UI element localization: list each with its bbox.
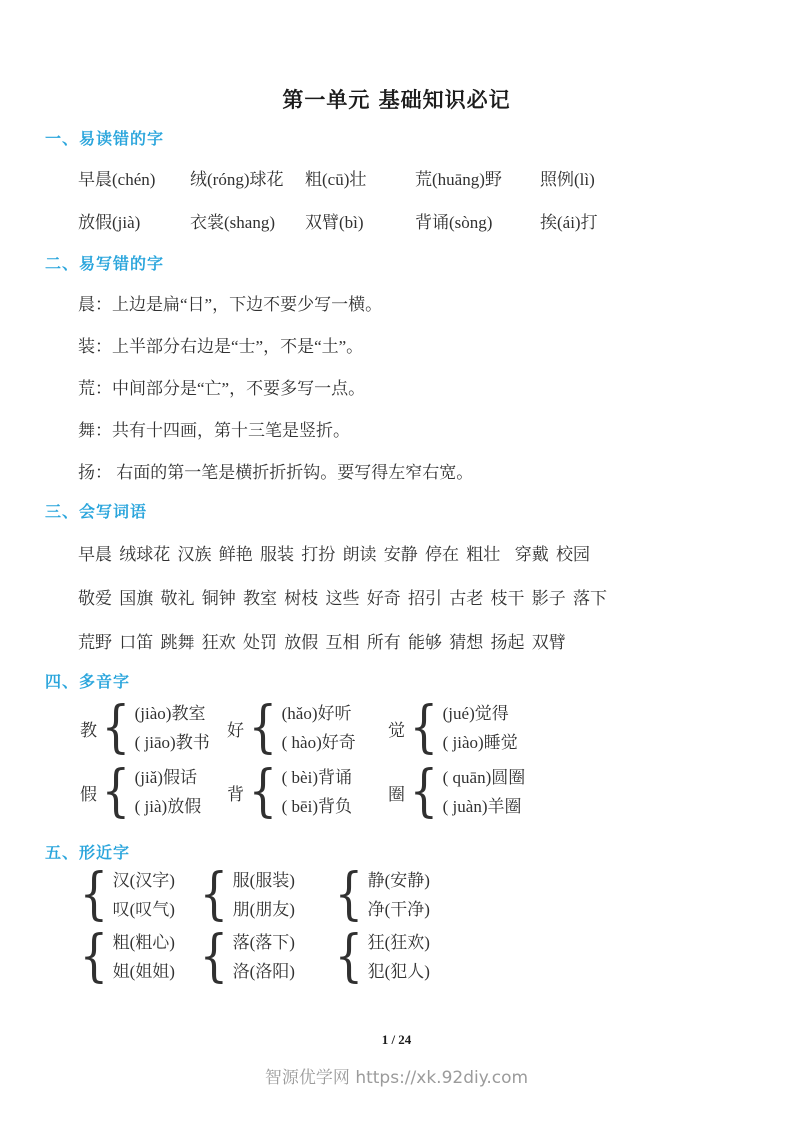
brace-icon: { xyxy=(102,700,131,756)
base-char: 假 xyxy=(80,780,97,805)
brace-icon: { xyxy=(249,700,278,756)
similar-row: { 粗(粗心) 姐(姐姐) { 落(落下) 洛(洛阳) { 狂(狂欢) 犯(犯人… xyxy=(75,928,430,986)
note-line: 装：上半部分右边是“士”，不是“土”。 xyxy=(78,334,473,359)
polyphone-row: 教 { (jiào)教室 ( jiāo)教书 好 { (hǎo)好听 ( hào… xyxy=(80,698,525,758)
brace-icon: { xyxy=(80,929,109,985)
word-line: 荒野 口笛 跳舞 狂欢 处罚 放假 互相 所有 能够 猜想 扬起 双臂 xyxy=(78,630,607,656)
similar-top: 静(安静) xyxy=(368,866,430,895)
pinyin-bottom: ( bēi)背负 xyxy=(282,792,352,821)
word-item: 早晨(chén) xyxy=(78,167,190,193)
brace-icon: { xyxy=(335,867,364,923)
similar-char-list: { 汉(汉字) 叹(叹气) { 服(服装) 朋(朋友) { 静(安静) 净(干净… xyxy=(75,866,430,990)
polyphone-entry: 教 { (jiào)教室 ( jiāo)教书 xyxy=(80,698,227,758)
similar-top: 狂(狂欢) xyxy=(368,928,430,957)
base-char: 背 xyxy=(227,780,244,805)
pinyin-top: (jué)觉得 xyxy=(443,699,518,728)
brace-icon: { xyxy=(200,867,229,923)
pinyin-top: (hǎo)好听 xyxy=(282,699,356,728)
pinyin-bottom: ( jiāo)教书 xyxy=(135,728,210,757)
similar-bottom: 朋(朋友) xyxy=(233,895,295,924)
pinyin-bottom: ( hào)好奇 xyxy=(282,728,356,757)
brace-icon: { xyxy=(80,867,109,923)
pinyin-top: (jiǎ)假话 xyxy=(135,763,202,792)
page-number: 1 / 24 xyxy=(0,1032,793,1048)
word-item: 粗(cū)壮 xyxy=(305,167,415,193)
pinyin-bottom: ( jià)放假 xyxy=(135,792,202,821)
brace-icon: { xyxy=(200,929,229,985)
misread-word-list: 早晨(chén) 绒(róng)球花 粗(cū)壮 荒(huāng)野 照例(l… xyxy=(78,167,598,253)
word-line: 早晨 绒球花 汉族 鲜艳 服装 打扮 朗读 安静 停在 粗壮 穿戴 校园 xyxy=(78,542,607,568)
section-heading-misread: 一、易读错的字 xyxy=(45,126,164,149)
word-item: 绒(róng)球花 xyxy=(190,167,305,193)
pinyin-top: ( quān)圆圈 xyxy=(443,763,526,792)
section-heading-miswrite: 二、易写错的字 xyxy=(45,251,164,274)
polyphone-row: 假 { (jiǎ)假话 ( jià)放假 背 { ( bèi)背诵 ( bēi)… xyxy=(80,762,525,822)
pinyin-top: ( bèi)背诵 xyxy=(282,763,352,792)
similar-bottom: 叹(叹气) xyxy=(113,895,175,924)
word-item: 荒(huāng)野 xyxy=(415,167,540,193)
similar-bottom: 净(干净) xyxy=(368,895,430,924)
polyphone-entry: 假 { (jiǎ)假话 ( jià)放假 xyxy=(80,762,227,822)
brace-icon: { xyxy=(410,700,439,756)
brace-icon: { xyxy=(410,764,439,820)
document-page: 第一单元 基础知识必记 一、易读错的字 早晨(chén) 绒(róng)球花 粗… xyxy=(0,0,793,1122)
polyphone-entry: 好 { (hǎo)好听 ( hào)好奇 xyxy=(227,698,388,758)
note-line: 扬： 右面的第一笔是横折折折钩。要写得左窄右宽。 xyxy=(78,460,473,485)
section-heading-similar: 五、形近字 xyxy=(45,840,130,863)
similar-bottom: 犯(犯人) xyxy=(368,957,430,986)
misread-row: 早晨(chén) 绒(róng)球花 粗(cū)壮 荒(huāng)野 照例(l… xyxy=(78,167,598,193)
note-line: 晨：上边是扁“日”，下边不要少写一横。 xyxy=(78,292,473,317)
similar-entry: { 粗(粗心) 姐(姐姐) xyxy=(75,928,195,986)
polyphone-entry: 圈 { ( quān)圆圈 ( juàn)羊圈 xyxy=(388,762,525,822)
word-item: 衣裳(shang) xyxy=(190,210,305,236)
base-char: 好 xyxy=(227,716,244,741)
word-item: 挨(ái)打 xyxy=(540,210,598,236)
pinyin-bottom: ( jiào)睡觉 xyxy=(443,728,518,757)
base-char: 教 xyxy=(80,716,97,741)
similar-row: { 汉(汉字) 叹(叹气) { 服(服装) 朋(朋友) { 静(安静) 净(干净… xyxy=(75,866,430,924)
similar-bottom: 洛(洛阳) xyxy=(233,957,295,986)
similar-entry: { 静(安静) 净(干净) xyxy=(330,866,430,924)
word-line: 敬爱 国旗 敬礼 铜钟 教室 树枝 这些 好奇 招引 古老 枝干 影子 落下 xyxy=(78,586,607,612)
base-char: 圈 xyxy=(388,780,405,805)
similar-top: 汉(汉字) xyxy=(113,866,175,895)
polyphone-list: 教 { (jiào)教室 ( jiāo)教书 好 { (hǎo)好听 ( hào… xyxy=(80,698,525,826)
word-item: 放假(jià) xyxy=(78,210,190,236)
polyphone-entry: 觉 { (jué)觉得 ( jiào)睡觉 xyxy=(388,698,518,758)
brace-icon: { xyxy=(102,764,131,820)
similar-bottom: 姐(姐姐) xyxy=(113,957,175,986)
polyphone-entry: 背 { ( bèi)背诵 ( bēi)背负 xyxy=(227,762,388,822)
miswrite-note-list: 晨：上边是扁“日”，下边不要少写一横。 装：上半部分右边是“士”，不是“土”。 … xyxy=(78,292,473,502)
similar-top: 落(落下) xyxy=(233,928,295,957)
similar-entry: { 汉(汉字) 叹(叹气) xyxy=(75,866,195,924)
pinyin-top: (jiào)教室 xyxy=(135,699,210,728)
word-item: 双臂(bì) xyxy=(305,210,415,236)
word-line-list: 早晨 绒球花 汉族 鲜艳 服装 打扮 朗读 安静 停在 粗壮 穿戴 校园 敬爱 … xyxy=(78,542,607,674)
word-item: 照例(lì) xyxy=(540,167,595,193)
similar-entry: { 服(服装) 朋(朋友) xyxy=(195,866,330,924)
misread-row: 放假(jià) 衣裳(shang) 双臂(bì) 背诵(sòng) 挨(ái)打 xyxy=(78,210,598,236)
brace-icon: { xyxy=(249,764,278,820)
similar-entry: { 落(落下) 洛(洛阳) xyxy=(195,928,330,986)
section-heading-words: 三、会写词语 xyxy=(45,499,147,522)
footer-watermark: 智源优学网 https://xk.92diy.com xyxy=(0,1063,793,1088)
section-heading-polyphones: 四、多音字 xyxy=(45,669,130,692)
note-line: 舞：共有十四画，第十三笔是竖折。 xyxy=(78,418,473,443)
note-line: 荒：中间部分是“亡”，不要多写一点。 xyxy=(78,376,473,401)
word-item: 背诵(sòng) xyxy=(415,210,540,236)
similar-top: 服(服装) xyxy=(233,866,295,895)
page-title: 第一单元 基础知识必记 xyxy=(0,84,793,114)
brace-icon: { xyxy=(335,929,364,985)
similar-entry: { 狂(狂欢) 犯(犯人) xyxy=(330,928,430,986)
similar-top: 粗(粗心) xyxy=(113,928,175,957)
base-char: 觉 xyxy=(388,716,405,741)
pinyin-bottom: ( juàn)羊圈 xyxy=(443,792,526,821)
